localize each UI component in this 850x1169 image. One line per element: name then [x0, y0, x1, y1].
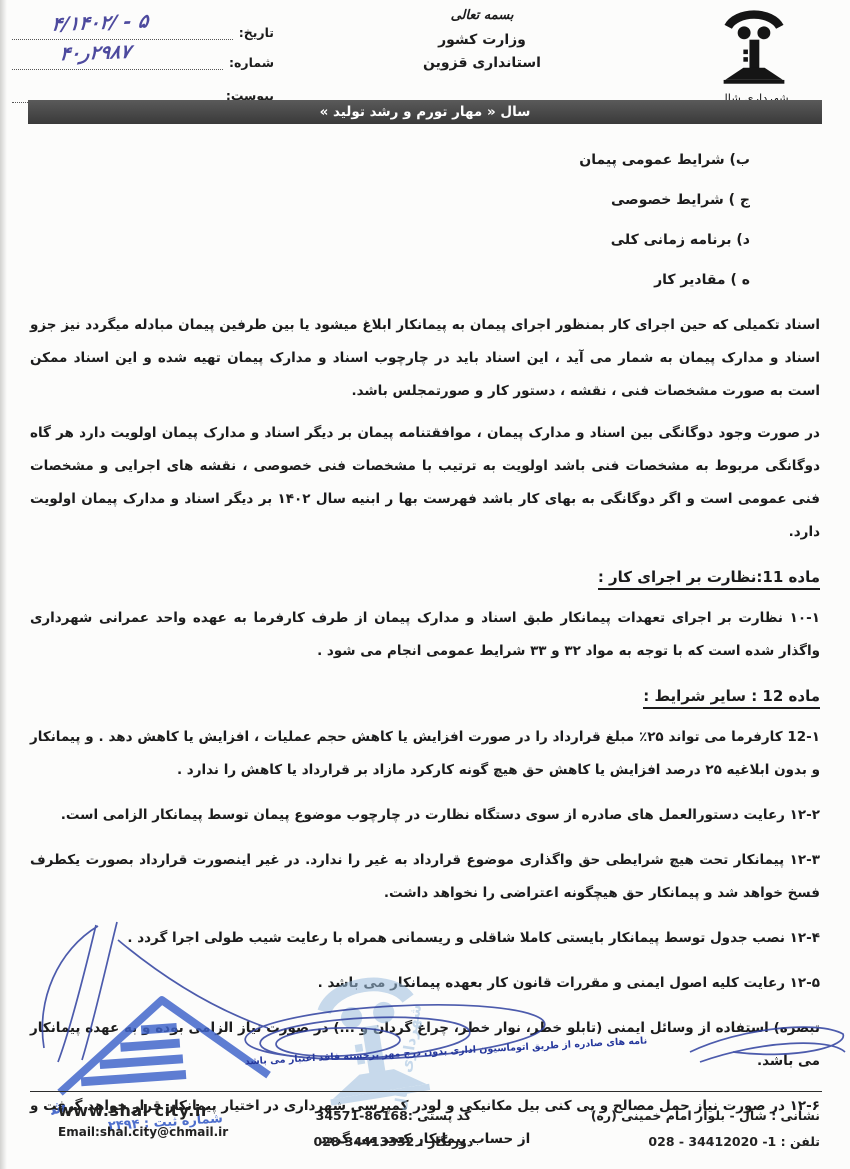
footer-web-column: www.shal city.ir Email:shal.city@chmail.…: [30, 1101, 267, 1153]
governorate-name: استانداری قزوین: [390, 55, 574, 71]
list-item: د) برنامه زمانی کلی: [30, 220, 750, 260]
handwritten-letter-number: ۲۹۸۷ر۴۰: [59, 41, 132, 65]
municipality-logo-block: شهرداری شال: [696, 4, 812, 105]
fax-value: 028-34413332: [314, 1134, 415, 1149]
postal-code-label: کد پستی :: [408, 1108, 471, 1123]
address-line: نشانی : شال - بلوار امام خمینی (ره): [520, 1105, 820, 1127]
number-label: شماره:: [229, 55, 274, 70]
list-item: ب) شرایط عمومی پیمان: [30, 140, 750, 180]
municipality-logo-icon: [716, 4, 792, 86]
list-item: ه ) مقادیر کار: [30, 260, 750, 300]
article-11-heading: ماده 11:نظارت بر اجرای کار :: [30, 564, 820, 590]
fax-line: دورنگار : 028-34413332: [267, 1131, 520, 1153]
article-11-clause: ۱۰-۱ نظارت بر اجرای تعهدات پیمانکار طبق …: [30, 602, 820, 668]
postal-code-line: کد پستی :34571-86168: [267, 1105, 520, 1127]
phone-line: تلفن : 028 - 34412020 -1: [520, 1131, 820, 1153]
paragraph: اسناد تکمیلی که حین اجرای کار بمنظور اجر…: [30, 309, 820, 408]
attachment-row: پیوست:: [12, 73, 274, 103]
ministry-name: وزارت کشور: [390, 32, 574, 48]
footer-divider: [30, 1091, 822, 1092]
email-text: Email:shal.city@chmail.ir: [58, 1125, 267, 1139]
scanned-letter-page: تاریخ: شماره: پیوست: ۵ - /۴/۱۴۰۲ ۲۹۸۷ر۴۰…: [0, 0, 850, 1169]
year-slogan-banner: سال « مهار تورم و رشد تولید »: [28, 100, 822, 124]
footer-postal-column: کد پستی :34571-86168 دورنگار : 028-34413…: [267, 1101, 520, 1153]
paragraph: در صورت وجود دوگانگی بین اسناد و مدارک پ…: [30, 417, 820, 549]
article-12-heading: ماده 12 : سایر شرایط :: [30, 683, 820, 709]
letterhead-reference-block: تاریخ: شماره: پیوست: ۵ - /۴/۱۴۰۲ ۲۹۸۷ر۴۰: [12, 10, 274, 103]
footer-address-column: نشانی : شال - بلوار امام خمینی (ره) تلفن…: [520, 1101, 820, 1153]
phone-label: تلفن :: [781, 1134, 820, 1149]
fax-label: دورنگار :: [419, 1134, 474, 1149]
bismillah-text: بسمه تعالی: [390, 8, 574, 23]
website-text: www.shal city.ir: [58, 1101, 267, 1120]
article-12-clause: ۱۲-۳ پیمانکار تحت هیچ شرایطی حق واگذاری …: [30, 844, 820, 910]
list-item: ج ) شرایط خصوصی: [30, 180, 750, 220]
footer-contact-block: نشانی : شال - بلوار امام خمینی (ره) تلفن…: [30, 1101, 820, 1153]
article-12-clause: 12-۱ کارفرما می تواند ۲۵٪ مبلغ قرارداد ر…: [30, 721, 820, 787]
number-row: شماره:: [12, 40, 274, 70]
article-12-clause: ۱۲-۲ رعایت دستورالعمل های صادره از سوی د…: [30, 799, 820, 832]
date-label: تاریخ:: [239, 25, 274, 40]
contract-documents-list: ب) شرایط عمومی پیمان ج ) شرایط خصوصی د) …: [30, 134, 820, 300]
postal-code-value: 34571-86168: [316, 1108, 408, 1123]
letterhead-authority-block: بسمه تعالی وزارت کشور استانداری قزوین: [390, 8, 574, 71]
phone-value: 028 - 34412020 -1: [648, 1134, 776, 1149]
handwritten-date: ۵ - /۴/۱۴۰۲: [51, 10, 150, 35]
scan-edge-artifact: [0, 0, 7, 1169]
